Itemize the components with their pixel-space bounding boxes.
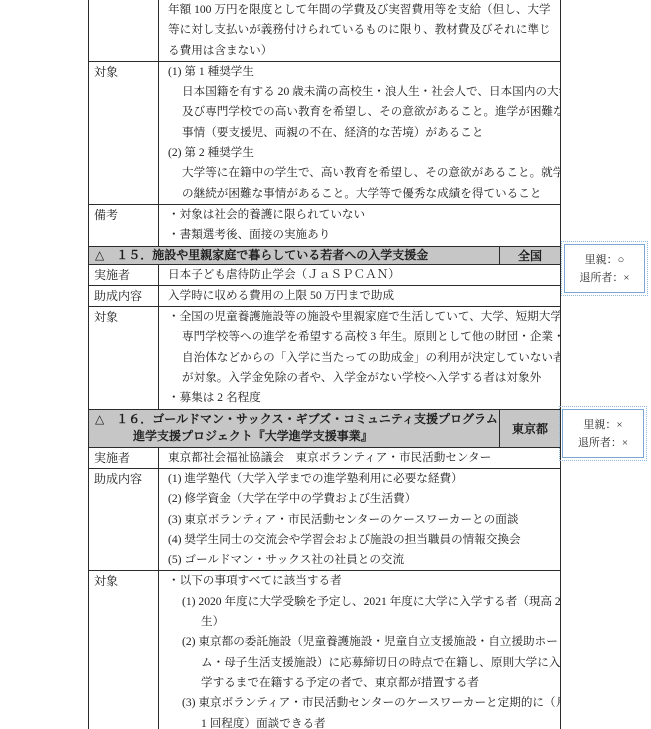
text-line: (1) 2020 年度に大学受験を予定し、2021 年度に大学に入学する者（現高… (168, 592, 557, 612)
text-line: る費用は含まない） (168, 41, 557, 61)
text-line: ム・母子生活支援施設）に応募締切日の時点で在籍し、原則大学に入 (168, 653, 557, 673)
row-content: ・以下の事項すべてに該当する者 (1) 2020 年度に大学受験を予定し、202… (159, 571, 560, 729)
text-line: 自治体などからの「入学に当たっての助成金」の利用が決定していない者 (168, 348, 557, 368)
text-line: (2) 東京都の委託施設（児童養護施設・児童自立支援施設・自立援助ホー (168, 632, 557, 652)
text-line: 専門学校等への進学を希望する高校 3 年生。原則として他の財団・企業・ (168, 327, 557, 347)
text-line: ・募集は 2 名程度 (168, 388, 557, 408)
text-line: 日本子ども虐待防止学会（ＪａＳＰＣＡＮ） (168, 265, 557, 285)
region-badge: 全国 (499, 247, 560, 264)
row-grant-15: 助成内容 入学時に収める費用の上限 50 万円まで助成 (89, 286, 560, 307)
text-line: 等に対し支払いが義務付けられているものに限り、教材費及びそれに準じ (168, 20, 557, 40)
text-line: ・書類選考後、面接の実施あり (168, 225, 557, 245)
row-label: 実施者 (89, 265, 159, 285)
text-line: 日本国籍を有する 20 歳未満の高校生・浪人生・社会人で、日本国内の大学 (168, 82, 557, 102)
text-line: 学するまで在籍する予定の者で、東京都が措置する者 (168, 673, 557, 693)
section-header-16: △ １６．ゴールドマン・サックス・ギブズ・コミュニティ支援プログラム 進学支援プ… (89, 410, 560, 448)
row-label: 対象 (89, 307, 159, 408)
margin-note-15: 里親：○ 退所者：× (564, 244, 645, 293)
row-label: 対象 (89, 62, 159, 204)
text-line: の継続が困難な事情があること。大学等で優秀な成績を得ていること (168, 184, 557, 204)
note-line-foster: 里親：× (583, 416, 622, 434)
text-line: ・以下の事項すべてに該当する者 (168, 571, 557, 591)
row-label (89, 0, 159, 61)
row-content: 年額 100 万円を限度として年間の学費及び実習費用等を支給（但し、大学 等に対… (159, 0, 560, 61)
note-line-leaver: 退所者：× (578, 434, 628, 452)
section-header-15: △ １５．施設や里親家庭で暮らしている若者への入学支援金 全国 (89, 247, 560, 265)
row-provider-15: 実施者 日本子ども虐待防止学会（ＪａＳＰＣＡＮ） (89, 265, 560, 286)
row-label: 実施者 (89, 448, 159, 468)
row-target-14: 対象 (1) 第 1 種奨学生 日本国籍を有する 20 歳未満の高校生・浪人生・… (89, 62, 560, 205)
text-line: △ １６．ゴールドマン・サックス・ギブズ・コミュニティ支援プログラム (95, 411, 497, 428)
row-content: 入学時に収める費用の上限 50 万円まで助成 (159, 286, 560, 306)
row-label: 対象 (89, 571, 159, 729)
text-line: 事情（要支援児、両親の不在、経済的な苦境）があること (168, 123, 557, 143)
row-provider-16: 実施者 東京都社会福祉協議会 東京ボランティア・市民活動センター (89, 448, 560, 469)
scholarship-table: 年額 100 万円を限度として年間の学費及び実習費用等を支給（但し、大学 等に対… (88, 0, 561, 729)
text-line: 生） (168, 612, 557, 632)
row-label: 助成内容 (89, 469, 159, 570)
row-grant-16: 助成内容 (1) 進学塾代（大学入学までの進学塾利用に必要な経費） (2) 修学… (89, 469, 560, 571)
region-badge: 東京都 (499, 410, 560, 447)
text-line: 大学等に在籍中の学生で、高い教育を希望し、その意欲があること。就学 (168, 163, 557, 183)
text-line: (3) 東京ボランティア・市民活動センターのケースワーカーと定期的に（月 (168, 693, 557, 713)
text-line: (5) ゴールドマン・サックス社の社員との交流 (168, 550, 557, 570)
row-grant-continuation: 年額 100 万円を限度として年間の学費及び実習費用等を支給（但し、大学 等に対… (89, 0, 560, 62)
row-notes-14: 備考 ・対象は社会的養護に限られていない ・書類選考後、面接の実施あり (89, 205, 560, 247)
row-content: (1) 進学塾代（大学入学までの進学塾利用に必要な経費） (2) 修学資金（大学… (159, 469, 560, 570)
text-line: (3) 東京ボランティア・市民活動センターのケースワーカーとの面談 (168, 510, 557, 530)
row-label: 備考 (89, 205, 159, 246)
text-line: ・対象は社会的養護に限られていない (168, 205, 557, 225)
row-content: 日本子ども虐待防止学会（ＪａＳＰＣＡＮ） (159, 265, 560, 285)
row-label: 助成内容 (89, 286, 159, 306)
note-line-foster: 里親：○ (585, 251, 625, 269)
text-line: 1 回程度）面談できる者 (168, 714, 557, 729)
text-line: ・全国の児童養護施設等の施設や里親家庭で生活していて、大学、短期大学、 (168, 307, 557, 327)
text-line: が対象。入学金免除の者や、入学金がない学校へ入学する者は対象外 (168, 368, 557, 388)
text-line: 東京都社会福祉協議会 東京ボランティア・市民活動センター (168, 448, 557, 468)
section-title: △ １５．施設や里親家庭で暮らしている若者への入学支援金 (89, 247, 499, 264)
row-content: 東京都社会福祉協議会 東京ボランティア・市民活動センター (159, 448, 560, 468)
margin-note-16: 里親：× 退所者：× (562, 409, 644, 458)
text-line: (1) 第 1 種奨学生 (168, 62, 557, 82)
row-content: ・対象は社会的養護に限られていない ・書類選考後、面接の実施あり (159, 205, 560, 246)
row-target-15: 対象 ・全国の児童養護施設等の施設や里親家庭で生活していて、大学、短期大学、 専… (89, 307, 560, 409)
text-line: 入学時に収める費用の上限 50 万円まで助成 (168, 286, 557, 306)
note-line-leaver: 退所者：× (579, 269, 629, 287)
row-content: (1) 第 1 種奨学生 日本国籍を有する 20 歳未満の高校生・浪人生・社会人… (159, 62, 560, 204)
text-line: (2) 第 2 種奨学生 (168, 143, 557, 163)
text-line: 年額 100 万円を限度として年間の学費及び実習費用等を支給（但し、大学 (168, 0, 557, 20)
row-content: ・全国の児童養護施設等の施設や里親家庭で生活していて、大学、短期大学、 専門学校… (159, 307, 560, 408)
text-line: △ １５．施設や里親家庭で暮らしている若者への入学支援金 (95, 247, 497, 263)
document-page: 年額 100 万円を限度として年間の学費及び実習費用等を支給（但し、大学 等に対… (0, 0, 651, 729)
text-line: 進学支援プロジェクト『大学進学支援事業』 (95, 428, 497, 445)
text-line: (2) 修学資金（大学在学中の学費および生活費） (168, 489, 557, 509)
text-line: (4) 奨学生同士の交流会や学習会および施設の担当職員の情報交換会 (168, 530, 557, 550)
section-title: △ １６．ゴールドマン・サックス・ギブズ・コミュニティ支援プログラム 進学支援プ… (89, 410, 499, 447)
text-line: (1) 進学塾代（大学入学までの進学塾利用に必要な経費） (168, 469, 557, 489)
text-line: 及び専門学校での高い教育を希望し、その意欲があること。進学が困難な (168, 102, 557, 122)
row-target-16: 対象 ・以下の事項すべてに該当する者 (1) 2020 年度に大学受験を予定し、… (89, 571, 560, 729)
